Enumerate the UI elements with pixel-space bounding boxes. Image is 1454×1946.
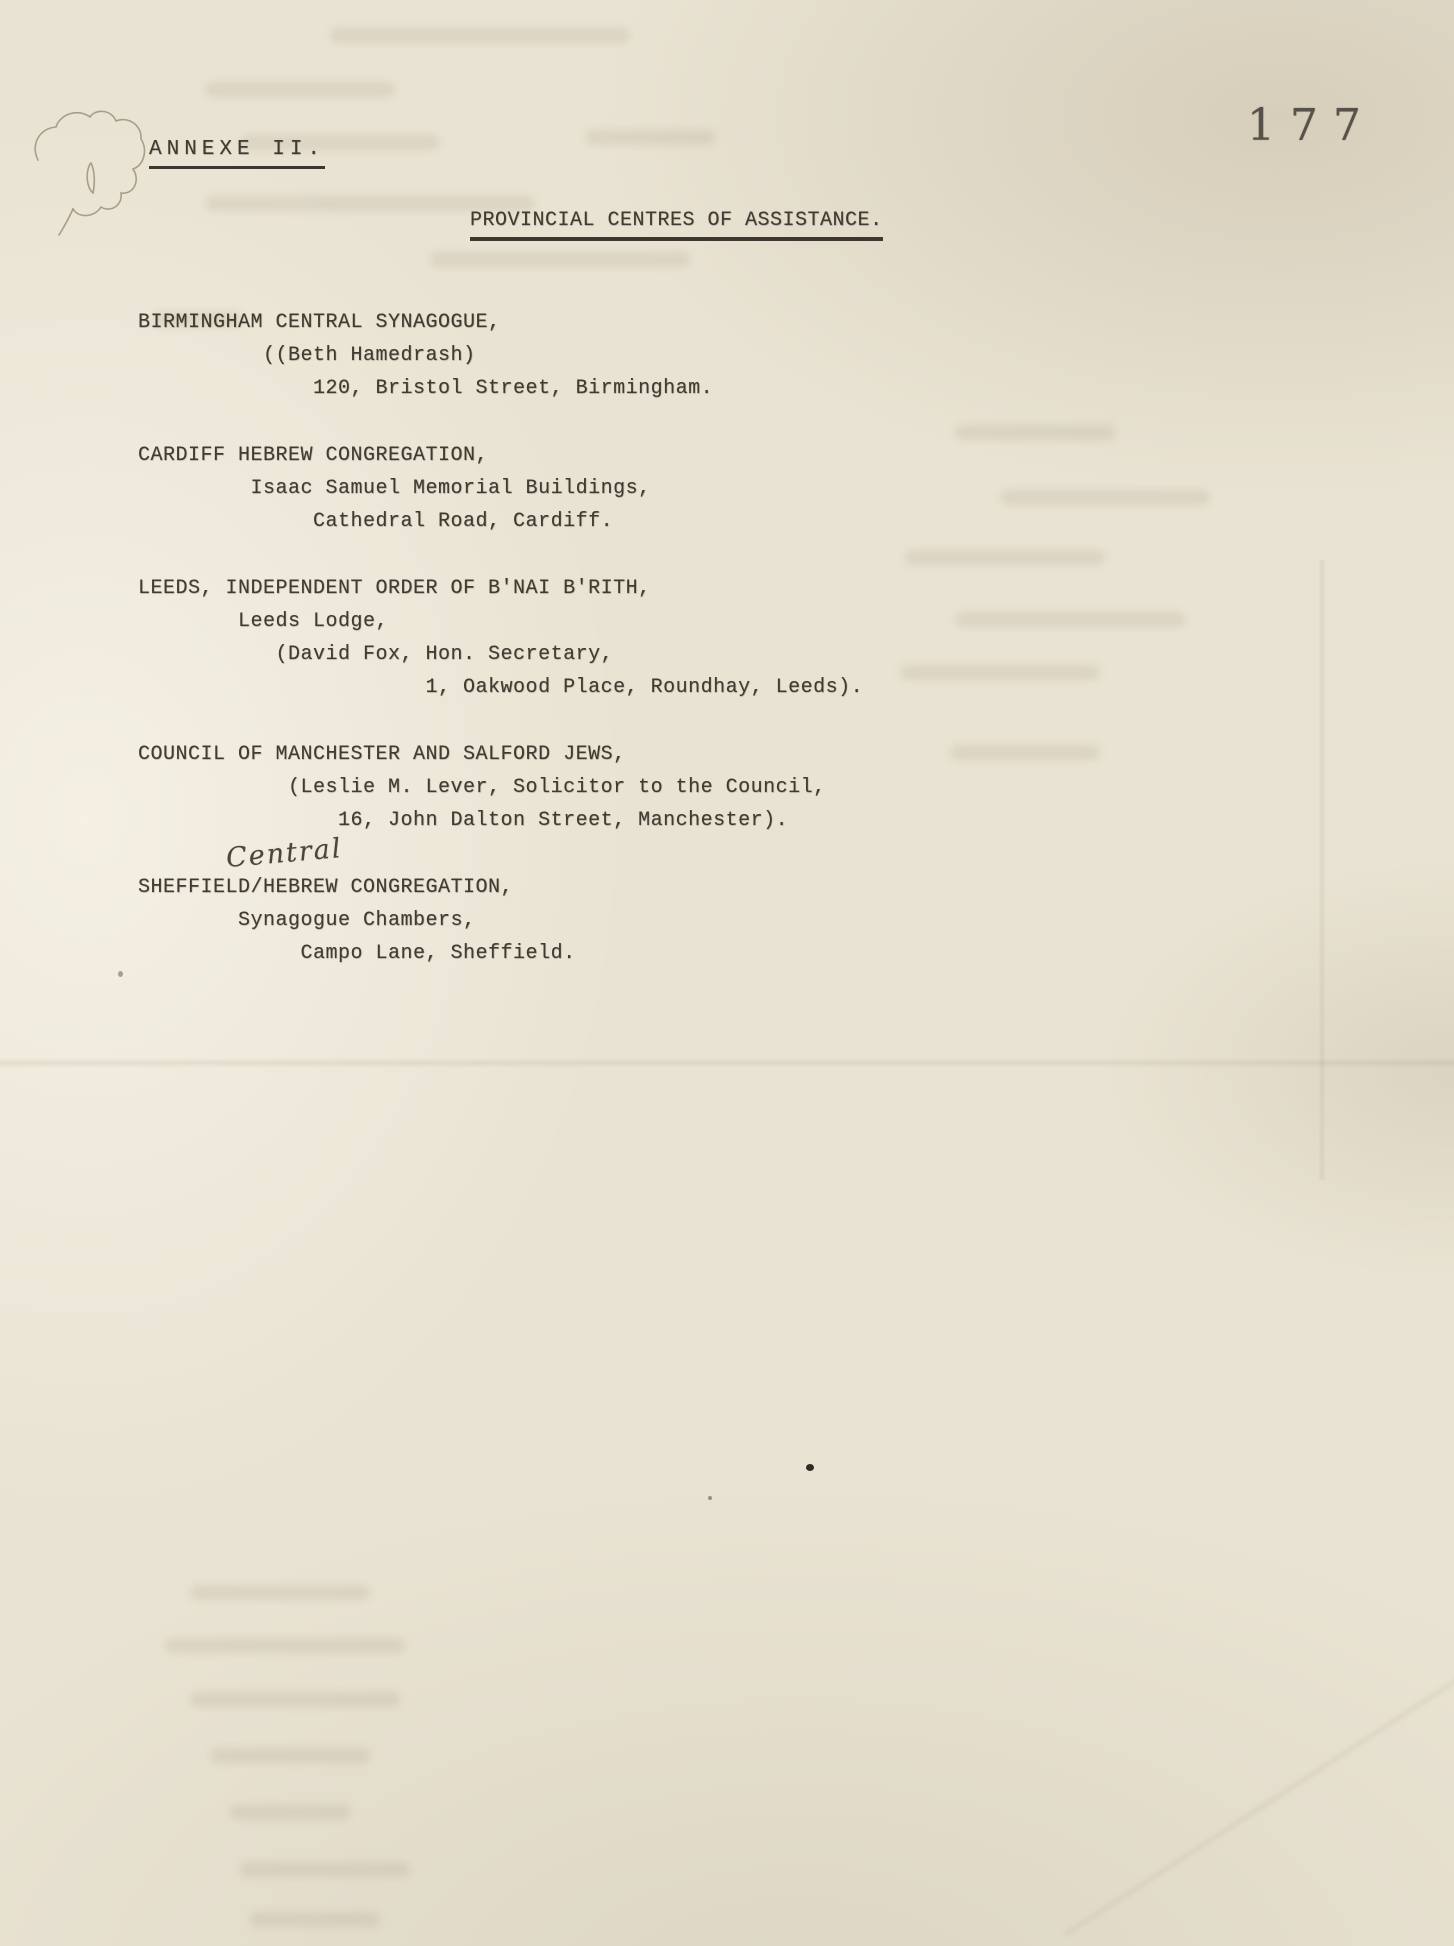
typed-line: LEEDS, INDEPENDENT ORDER OF B'NAI B'RITH…: [138, 572, 1238, 605]
bleedthrough-smudge: [205, 82, 395, 97]
typed-line: SHEFFIELD/HEBREW CONGREGATION,: [138, 871, 1238, 904]
typed-line: Isaac Samuel Memorial Buildings,: [138, 472, 1238, 505]
bleedthrough-smudge: [165, 1638, 405, 1653]
bleedthrough-smudge: [210, 1748, 370, 1763]
typed-line: 16, John Dalton Street, Manchester).: [138, 804, 1238, 837]
bleedthrough-smudge: [430, 252, 690, 267]
bleedthrough-smudge: [240, 1862, 410, 1877]
ink-speck: [118, 971, 123, 977]
bleedthrough-smudge: [230, 1805, 350, 1820]
typed-line: Campo Lane, Sheffield.: [138, 937, 1238, 970]
bleedthrough-smudge: [585, 130, 715, 145]
document-body: BIRMINGHAM CENTRAL SYNAGOGUE, ((Beth Ham…: [138, 306, 1238, 1004]
typed-line: Leeds Lodge,: [138, 605, 1238, 638]
typed-line: (David Fox, Hon. Secretary,: [138, 638, 1238, 671]
paper-crease: [0, 1058, 1454, 1068]
annexe-label: ANNEXE II.: [149, 138, 325, 161]
page-number: 177: [1247, 100, 1376, 151]
entry-manchester: COUNCIL OF MANCHESTER AND SALFORD JEWS, …: [138, 738, 1238, 837]
typed-line: Cathedral Road, Cardiff.: [138, 505, 1238, 538]
typed-line: ((Beth Hamedrash): [138, 339, 1238, 372]
ink-speck: [708, 1496, 712, 1500]
pencil-doodle: [28, 98, 178, 253]
page-title: PROVINCIAL CENTRES OF ASSISTANCE.: [470, 209, 883, 232]
entry-leeds: LEEDS, INDEPENDENT ORDER OF B'NAI B'RITH…: [138, 572, 1238, 704]
typed-line: Synagogue Chambers,: [138, 904, 1238, 937]
paper-crease: [1064, 1628, 1454, 1936]
annexe-label-text: ANNEXE II.: [149, 138, 325, 169]
typed-line: BIRMINGHAM CENTRAL SYNAGOGUE,: [138, 306, 1238, 339]
entry-cardiff: CARDIFF HEBREW CONGREGATION, Isaac Samue…: [138, 439, 1238, 538]
bleedthrough-smudge: [250, 1912, 380, 1927]
typed-line: 1, Oakwood Place, Roundhay, Leeds).: [138, 671, 1238, 704]
page-title-text: PROVINCIAL CENTRES OF ASSISTANCE.: [470, 209, 883, 241]
typed-line: (Leslie M. Lever, Solicitor to the Counc…: [138, 771, 1238, 804]
ink-speck: [806, 1464, 814, 1471]
typed-line: CARDIFF HEBREW CONGREGATION,: [138, 439, 1238, 472]
bleedthrough-smudge: [190, 1692, 400, 1707]
entry-birmingham: BIRMINGHAM CENTRAL SYNAGOGUE, ((Beth Ham…: [138, 306, 1238, 405]
entry-sheffield: SHEFFIELD/HEBREW CONGREGATION, Synagogue…: [138, 871, 1238, 970]
typed-line: 120, Bristol Street, Birmingham.: [138, 372, 1238, 405]
paper-crease: [1318, 560, 1326, 1180]
bleedthrough-smudge: [190, 1585, 370, 1600]
document-page: ANNEXE II. 177 PROVINCIAL CENTRES OF ASS…: [0, 0, 1454, 1946]
typed-line: COUNCIL OF MANCHESTER AND SALFORD JEWS,: [138, 738, 1238, 771]
bleedthrough-smudge: [330, 28, 630, 43]
